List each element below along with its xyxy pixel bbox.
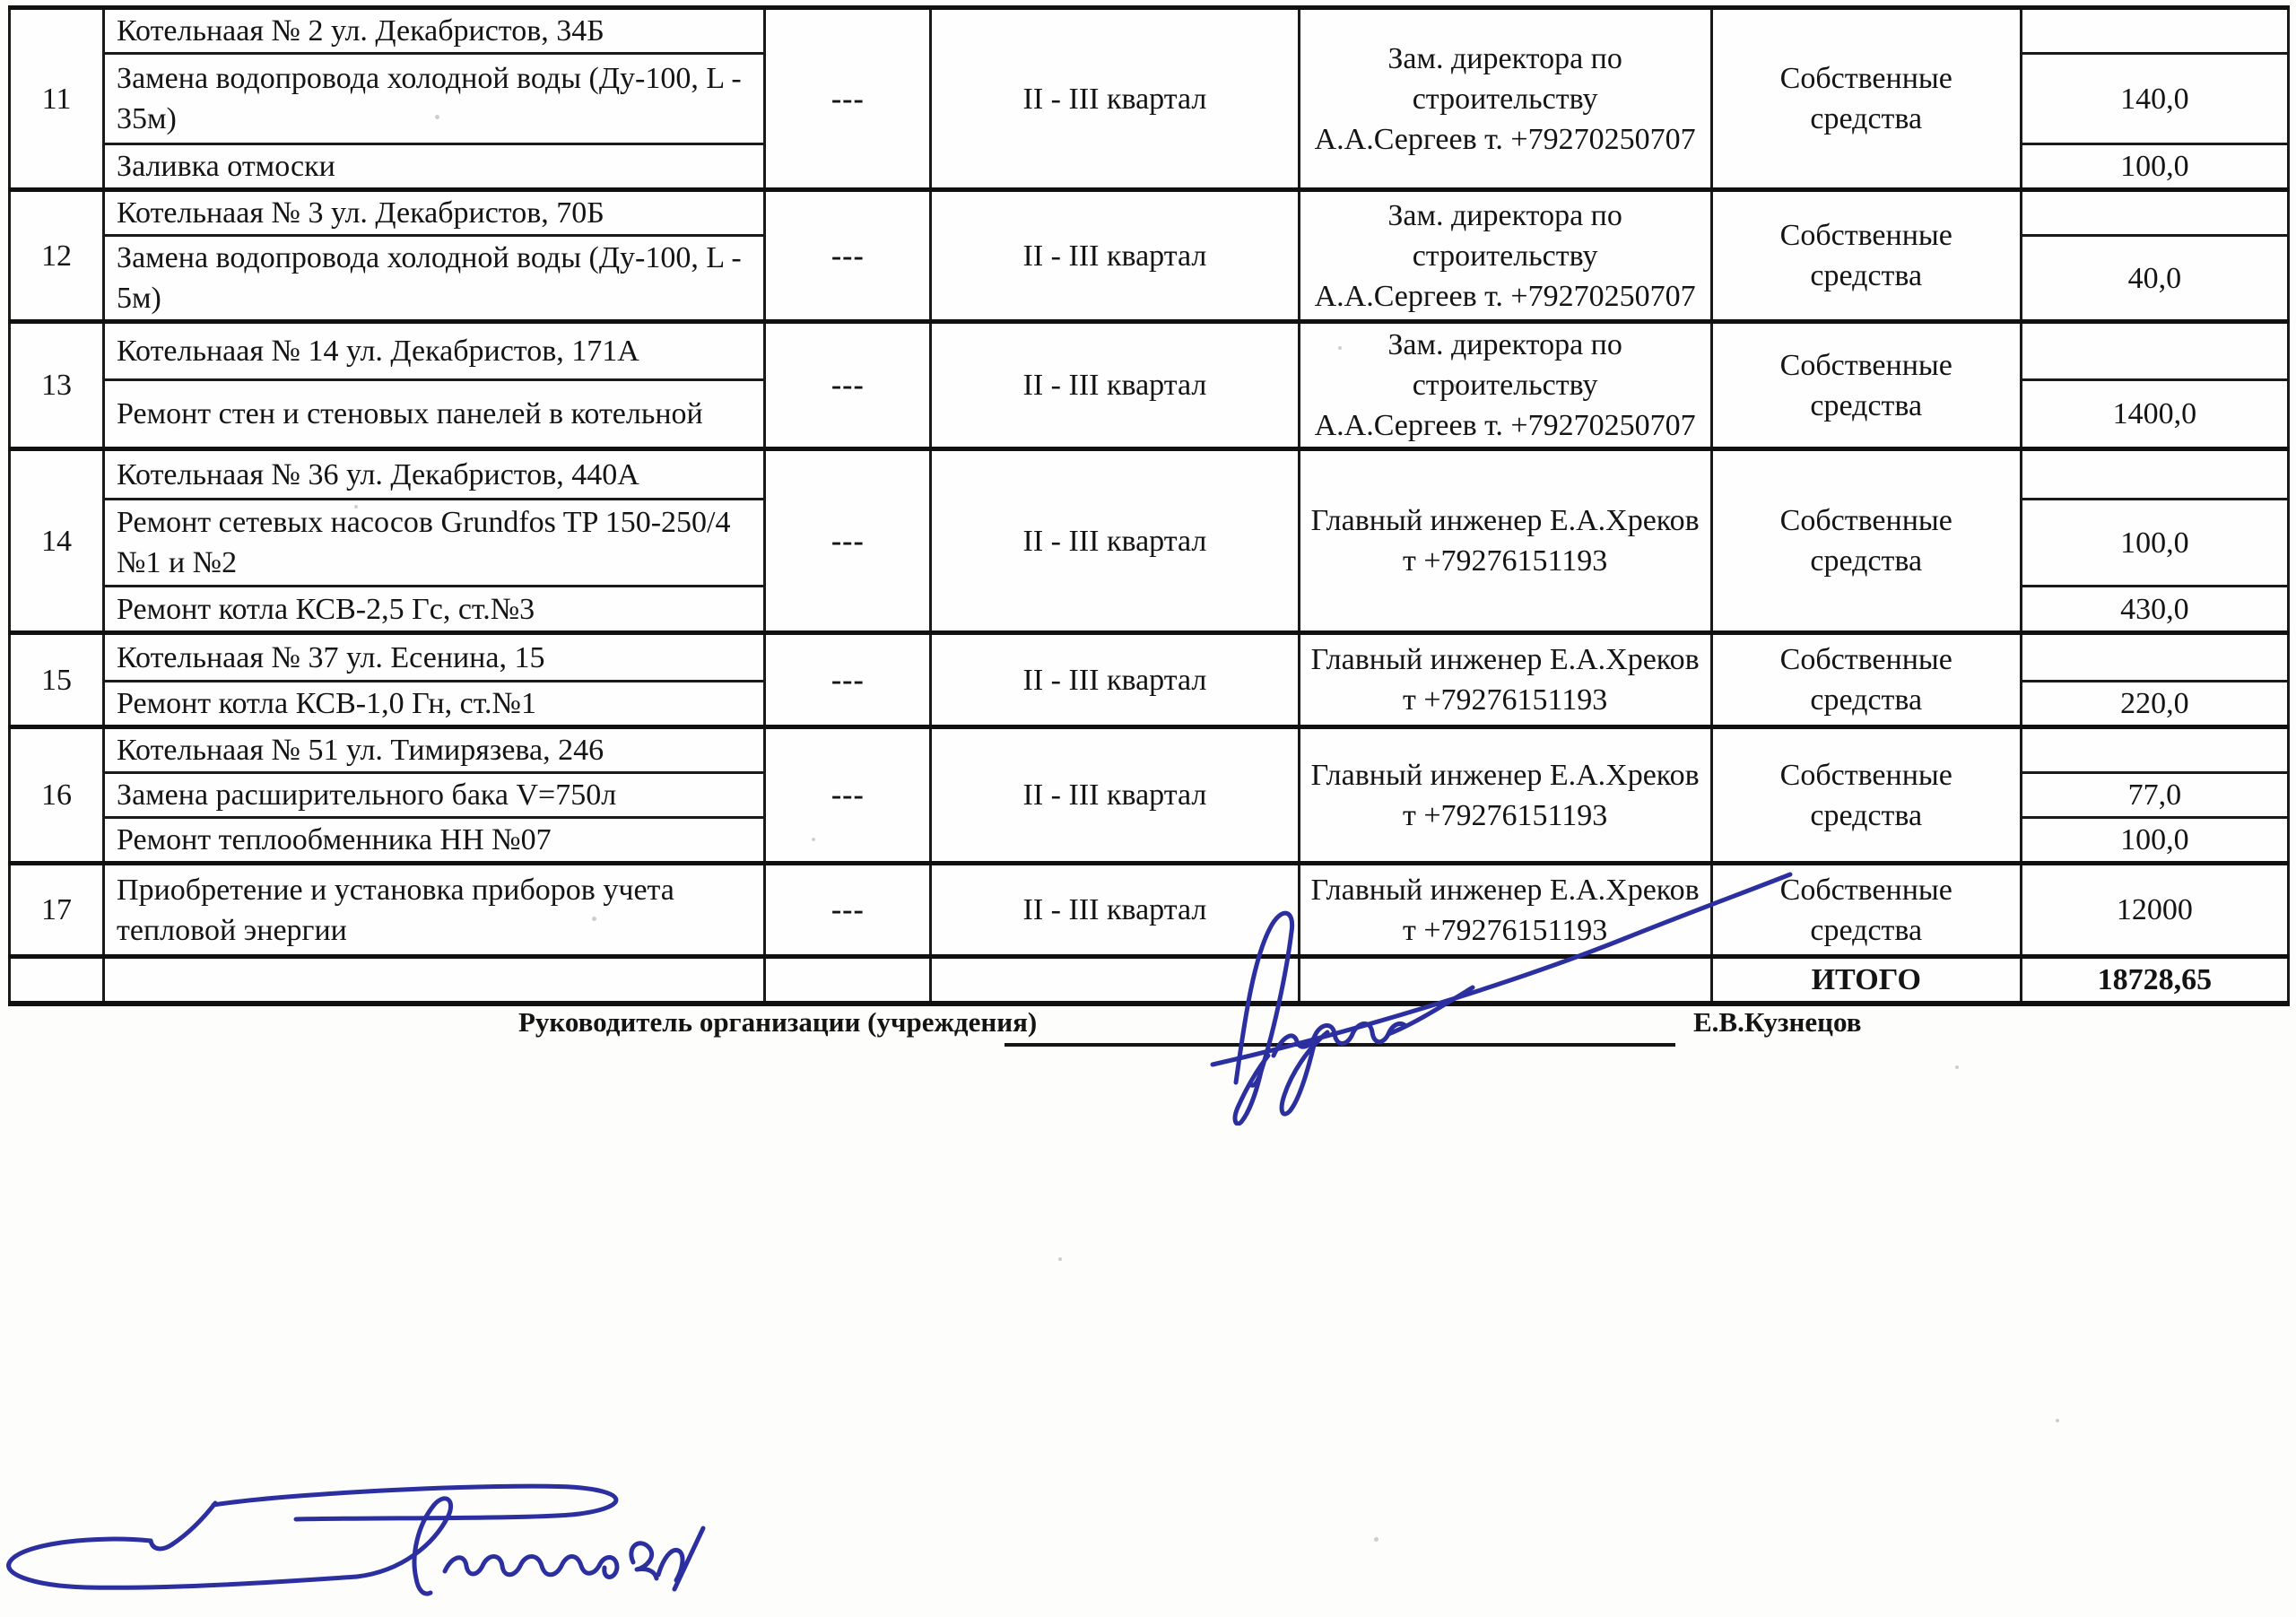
director-signature-ink bbox=[1157, 856, 1803, 1126]
object-name-cell: Котельнаая № 2 ул. Декабристов, 34Б bbox=[104, 8, 765, 54]
row-number-cell: 14 bbox=[10, 449, 104, 633]
work-description-cell: Замена водопровода холодной воды (Ду-100… bbox=[104, 236, 765, 322]
scan-speck bbox=[592, 917, 596, 921]
cost-cell: 140,0 bbox=[2021, 54, 2288, 144]
total-row: ИТОГО18728,65 bbox=[10, 957, 2289, 1004]
responsible-cell: Главный инженер Е.А.Хрековт +79276151193 bbox=[1299, 727, 1711, 864]
cost-cell: 1400,0 bbox=[2021, 380, 2288, 449]
row-number-cell: 16 bbox=[10, 727, 104, 864]
cost-cell: 100,0 bbox=[2021, 500, 2288, 587]
scan-speck bbox=[1453, 384, 1457, 387]
table-row: 15Котельнаая № 37 ул. Есенина, 15---II -… bbox=[10, 633, 2289, 682]
responsible-cell: Зам. директора по строительствуА.А.Серге… bbox=[1299, 190, 1711, 322]
cost-cell bbox=[2021, 727, 2288, 773]
responsible-line: Главный инженер Е.А.Хреков bbox=[1309, 639, 1701, 680]
object-name-cell: Котельнаая № 37 ул. Есенина, 15 bbox=[104, 633, 765, 682]
work-description-cell: Ремонт котла КСВ-1,0 Гн, ст.№1 bbox=[104, 682, 765, 727]
handwritten-signature-khrekov bbox=[0, 1435, 717, 1617]
quarter-cell: II - III квартал bbox=[931, 449, 1299, 633]
object-name-cell: Котельнаая № 14 ул. Декабристов, 171А bbox=[104, 322, 765, 380]
row-number-cell: 17 bbox=[10, 864, 104, 957]
total-value-cell: 18728,65 bbox=[2021, 957, 2288, 1004]
signatory-label: Руководитель организации (учреждения) bbox=[518, 1006, 1037, 1039]
table-row: 14Котельнаая № 36 ул. Декабристов, 440А-… bbox=[10, 449, 2289, 500]
scan-speck bbox=[1058, 1257, 1062, 1261]
dash-cell: --- bbox=[765, 322, 931, 449]
cost-cell bbox=[2021, 8, 2288, 54]
scan-speck bbox=[435, 115, 439, 119]
cost-cell: 100,0 bbox=[2021, 144, 2288, 190]
cost-cell: 12000 bbox=[2021, 864, 2288, 957]
responsible-line: Зам. директора по строительству bbox=[1309, 325, 1701, 405]
responsible-cell: Зам. директора по строительствуА.А.Серге… bbox=[1299, 8, 1711, 190]
repair-plan-table: 11Котельнаая № 2 ул. Декабристов, 34Б---… bbox=[8, 5, 2290, 1006]
empty-cell bbox=[10, 957, 104, 1004]
table-row: 12Котельнаая № 3 ул. Декабристов, 70Б---… bbox=[10, 190, 2289, 236]
work-description-cell: Замена расширительного бака V=750л bbox=[104, 773, 765, 818]
scan-speck bbox=[1338, 346, 1342, 350]
dash-cell: --- bbox=[765, 864, 931, 957]
work-description-cell: Ремонт сетевых насосов Grundfos TP 150-2… bbox=[104, 500, 765, 587]
responsible-line: Главный инженер Е.А.Хреков bbox=[1309, 755, 1701, 795]
empty-cell bbox=[765, 957, 931, 1004]
work-description-cell: Приобретение и установка приборов учета … bbox=[104, 864, 765, 957]
quarter-cell: II - III квартал bbox=[931, 727, 1299, 864]
dash-cell: --- bbox=[765, 8, 931, 190]
responsible-line: А.А.Сергеев т. +79270250707 bbox=[1309, 276, 1701, 317]
responsible-line: А.А.Сергеев т. +79270250707 bbox=[1309, 119, 1701, 160]
funding-cell: Собственные средства bbox=[1711, 727, 2021, 864]
empty-cell bbox=[104, 957, 765, 1004]
cost-cell: 77,0 bbox=[2021, 773, 2288, 818]
row-number-cell: 15 bbox=[10, 633, 104, 727]
row-number-cell: 13 bbox=[10, 322, 104, 449]
work-description-cell: Замена водопровода холодной воды (Ду-100… bbox=[104, 54, 765, 144]
quarter-cell: II - III квартал bbox=[931, 8, 1299, 190]
responsible-line: т +79276151193 bbox=[1309, 541, 1701, 581]
table-row: 11Котельнаая № 2 ул. Декабристов, 34Б---… bbox=[10, 8, 2289, 54]
work-description-cell: Ремонт стен и стеновых панелей в котельн… bbox=[104, 380, 765, 449]
object-name-cell: Котельнаая № 36 ул. Декабристов, 440А bbox=[104, 449, 765, 500]
funding-cell: Собственные средства bbox=[1711, 8, 2021, 190]
object-name-cell: Котельнаая № 51 ул. Тимирязева, 246 bbox=[104, 727, 765, 773]
quarter-cell: II - III квартал bbox=[931, 322, 1299, 449]
cost-cell: 100,0 bbox=[2021, 818, 2288, 864]
dash-cell: --- bbox=[765, 449, 931, 633]
responsible-line: Зам. директора по строительству bbox=[1309, 39, 1701, 119]
cost-cell: 40,0 bbox=[2021, 236, 2288, 322]
work-description-cell: Ремонт котла КСВ-2,5 Гс, ст.№3 bbox=[104, 587, 765, 633]
cost-cell: 220,0 bbox=[2021, 682, 2288, 727]
work-description-cell: Ремонт теплообменника НН №07 bbox=[104, 818, 765, 864]
quarter-cell: II - III квартал bbox=[931, 190, 1299, 322]
row-number-cell: 11 bbox=[10, 8, 104, 190]
cost-cell bbox=[2021, 449, 2288, 500]
responsible-cell: Главный инженер Е.А.Хрековт +79276151193 bbox=[1299, 633, 1711, 727]
responsible-cell: Главный инженер Е.А.Хрековт +79276151193 bbox=[1299, 449, 1711, 633]
cost-cell bbox=[2021, 190, 2288, 236]
cost-cell bbox=[2021, 322, 2288, 380]
responsible-line: т +79276151193 bbox=[1309, 680, 1701, 720]
responsible-line: Главный инженер Е.А.Хреков bbox=[1309, 500, 1701, 541]
object-name-cell: Котельнаая № 3 ул. Декабристов, 70Б bbox=[104, 190, 765, 236]
row-number-cell: 12 bbox=[10, 190, 104, 322]
funding-cell: Собственные средства bbox=[1711, 633, 2021, 727]
table-row: 13Котельнаая № 14 ул. Декабристов, 171А-… bbox=[10, 322, 2289, 380]
dash-cell: --- bbox=[765, 633, 931, 727]
cost-cell: 430,0 bbox=[2021, 587, 2288, 633]
responsible-cell: Зам. директора по строительствуА.А.Серге… bbox=[1299, 322, 1711, 449]
responsible-line: А.А.Сергеев т. +79270250707 bbox=[1309, 405, 1701, 446]
scan-speck bbox=[2056, 1419, 2059, 1422]
cost-cell bbox=[2021, 633, 2288, 682]
table-row: 17Приобретение и установка приборов учет… bbox=[10, 864, 2289, 957]
funding-cell: Собственные средства bbox=[1711, 449, 2021, 633]
scanned-document-page: 11Котельнаая № 2 ул. Декабристов, 34Б---… bbox=[0, 0, 2296, 1617]
scan-speck bbox=[1955, 1065, 1959, 1069]
work-description-cell: Заливка отмоски bbox=[104, 144, 765, 190]
scan-speck bbox=[1374, 1537, 1378, 1542]
scan-speck bbox=[354, 505, 358, 509]
responsible-line: т +79276151193 bbox=[1309, 795, 1701, 836]
funding-cell: Собственные средства bbox=[1711, 322, 2021, 449]
table-row: 16Котельнаая № 51 ул. Тимирязева, 246---… bbox=[10, 727, 2289, 773]
funding-cell: Собственные средства bbox=[1711, 190, 2021, 322]
dash-cell: --- bbox=[765, 190, 931, 322]
responsible-line: Зам. директора по строительству bbox=[1309, 196, 1701, 276]
scan-speck bbox=[812, 838, 815, 841]
quarter-cell: II - III квартал bbox=[931, 633, 1299, 727]
dash-cell: --- bbox=[765, 727, 931, 864]
